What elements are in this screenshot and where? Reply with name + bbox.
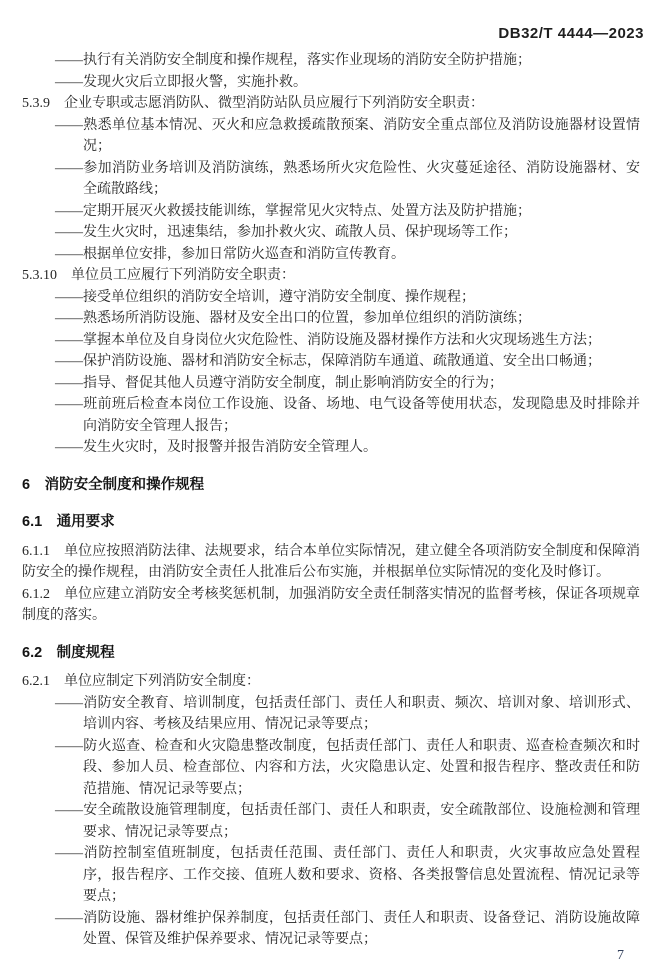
dash-list-item: ——消防控制室值班制度，包括责任范围、责任部门、责任人和职责，火灾事故应急处置程…: [22, 843, 640, 908]
clause-paragraph: 5.3.9 企业专职或志愿消防队、微型消防站队员应履行下列消防安全职责：: [22, 93, 640, 115]
clause-paragraph: 5.3.10 单位员工应履行下列消防安全职责：: [22, 265, 640, 287]
document-page: DB32/T 4444—2023 ——执行有关消防安全制度和操作规程，落实作业现…: [0, 0, 661, 971]
dash-list-item: ——防火巡查、检查和火灾隐患整改制度，包括责任部门、责任人和职责、巡查检查频次和…: [22, 736, 640, 801]
dash-list-item: ——根据单位安排，参加日常防火巡查和消防宣传教育。: [22, 244, 640, 266]
page-number: 7: [617, 948, 624, 964]
dash-list-item: ——参加消防业务培训及消防演练，熟悉场所火灾危险性、火灾蔓延途径、消防设施器材、…: [22, 158, 640, 201]
dash-list-item: ——班前班后检查本岗位工作设施、设备、场地、电气设备等使用状态，发现隐患及时排除…: [22, 394, 640, 437]
dash-list-item: ——发现火灾后立即报火警，实施扑救。: [22, 72, 640, 94]
dash-list-item: ——执行有关消防安全制度和操作规程，落实作业现场的消防安全防护措施；: [22, 50, 640, 72]
dash-list-item: ——发生火灾时，及时报警并报告消防安全管理人。: [22, 437, 640, 459]
dash-list-item: ——掌握本单位及自身岗位火灾危险性、消防设施及器材操作方法和火灾现场逃生方法；: [22, 330, 640, 352]
clause-paragraph: 6.1.2 单位应建立消防安全考核奖惩机制，加强消防安全责任制落实情况的监督考核…: [22, 584, 640, 627]
document-body: ——执行有关消防安全制度和操作规程，落实作业现场的消防安全防护措施；——发现火灾…: [0, 42, 661, 951]
dash-list-item: ——消防安全教育、培训制度，包括责任部门、责任人和职责、频次、培训对象、培训形式…: [22, 693, 640, 736]
doc-number-header: DB32/T 4444—2023: [0, 0, 661, 42]
clause-paragraph: 6.2.1 单位应制定下列消防安全制度：: [22, 671, 640, 693]
dash-list-item: ——接受单位组织的消防安全培训，遵守消防安全制度、操作规程；: [22, 287, 640, 309]
clause-paragraph: 6.1.1 单位应按照消防法律、法规要求，结合本单位实际情况，建立健全各项消防安…: [22, 541, 640, 584]
dash-list-item: ——熟悉单位基本情况、灭火和应急救援疏散预案、消防安全重点部位及消防设施器材设置…: [22, 115, 640, 158]
section-heading: 6.2 制度规程: [22, 643, 640, 665]
dash-list-item: ——定期开展灭火救援技能训练，掌握常见火灾特点、处置方法及防护措施；: [22, 201, 640, 223]
dash-list-item: ——安全疏散设施管理制度，包括责任部门、责任人和职责，安全疏散部位、设施检测和管…: [22, 800, 640, 843]
section-heading: 6.1 通用要求: [22, 512, 640, 534]
section-heading: 6 消防安全制度和操作规程: [22, 475, 640, 497]
dash-list-item: ——消防设施、器材维护保养制度，包括责任部门、责任人和职责、设备登记、消防设施故…: [22, 908, 640, 951]
dash-list-item: ——发生火灾时，迅速集结，参加扑救火灾、疏散人员、保护现场等工作；: [22, 222, 640, 244]
dash-list-item: ——保护消防设施、器材和消防安全标志，保障消防车通道、疏散通道、安全出口畅通；: [22, 351, 640, 373]
dash-list-item: ——指导、督促其他人员遵守消防安全制度，制止影响消防安全的行为；: [22, 373, 640, 395]
dash-list-item: ——熟悉场所消防设施、器材及安全出口的位置，参加单位组织的消防演练；: [22, 308, 640, 330]
